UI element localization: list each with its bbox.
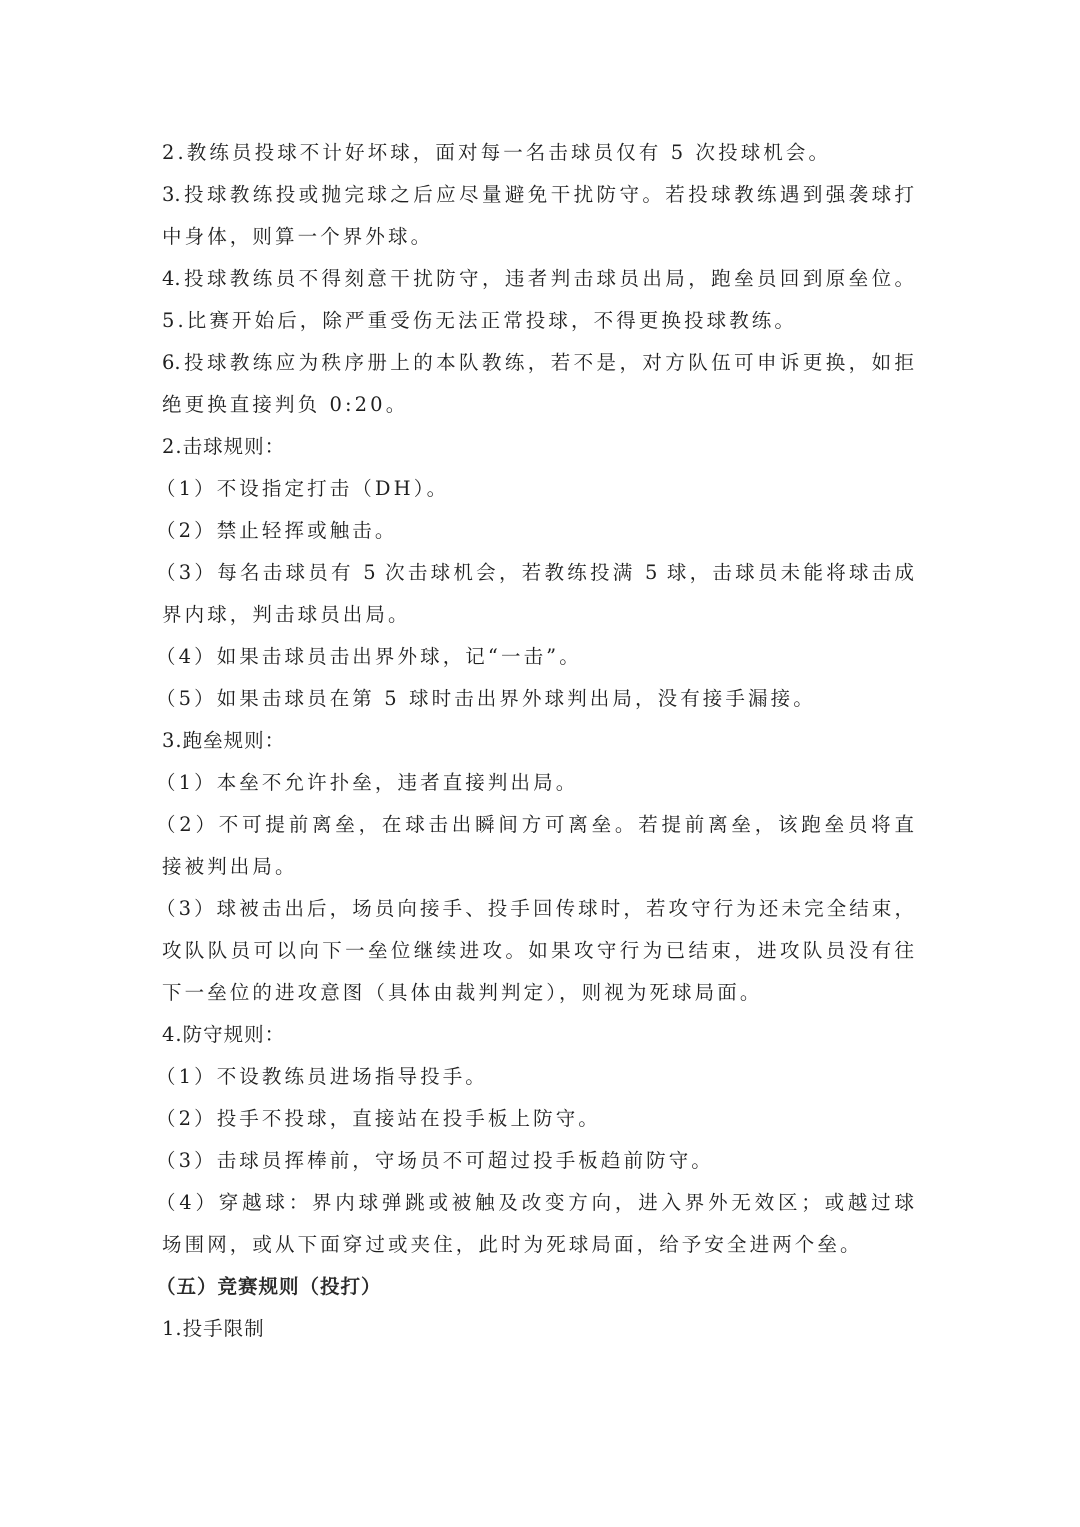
section-heading-competition-rules: （五）竞赛规则（投打） xyxy=(156,1266,914,1308)
rule-pitch-no-balls: 2.教练员投球不计好坏球，面对每一名击球员仅有 5 次投球机会。 xyxy=(162,132,914,174)
baserunning-rule-3-line2: 攻队队员可以向下一垒位继续进攻。如果攻守行为已结束，进攻队员没有往 xyxy=(162,930,914,972)
rule-pitch-coach-roster-line1: 6.投球教练应为秩序册上的本队教练，若不是，对方队伍可申诉更换，如拒 xyxy=(162,342,914,384)
baserunning-rule-3-line3: 下一垒位的进攻意图（具体由裁判判定），则视为死球局面。 xyxy=(162,972,914,1014)
rule-pitch-no-replacement: 5.比赛开始后，除严重受伤无法正常投球，不得更换投球教练。 xyxy=(162,300,914,342)
batting-rule-3-line1: （3）每名击球员有 5 次击球机会，若教练投满 5 球，击球员未能将球击成 xyxy=(156,552,914,594)
defense-rule-1: （1）不设教练员进场指导投手。 xyxy=(156,1056,914,1098)
baserunning-rule-2-line1: （2）不可提前离垒，在球击出瞬间方可离垒。若提前离垒，该跑垒员将直 xyxy=(156,804,914,846)
rule-pitch-coach-roster-line2: 绝更换直接判负 0:20。 xyxy=(162,384,914,426)
rule-pitch-no-interference: 4.投球教练员不得刻意干扰防守，违者判击球员出局，跑垒员回到原垒位。 xyxy=(162,258,914,300)
baserunning-rule-3-line1: （3）球被击出后，场员向接手、投手回传球时，若攻守行为还未完全结束， xyxy=(156,888,914,930)
section-defense-rules: 4.防守规则： xyxy=(162,1014,914,1056)
subsection-pitcher-limits: 1.投手限制 xyxy=(162,1308,914,1350)
batting-rule-2: （2）禁止轻挥或触击。 xyxy=(156,510,914,552)
baserunning-rule-1: （1）本垒不允许扑垒，违者直接判出局。 xyxy=(156,762,914,804)
rule-pitch-interference-line1: 3.投球教练投或抛完球之后应尽量避免干扰防守。若投球教练遇到强袭球打 xyxy=(162,174,914,216)
batting-rule-5: （5）如果击球员在第 5 球时击出界外球判出局，没有接手漏接。 xyxy=(156,678,914,720)
rule-pitch-interference-line2: 中身体，则算一个界外球。 xyxy=(162,216,914,258)
section-baserunning-rules: 3.跑垒规则： xyxy=(162,720,914,762)
defense-rule-4-line1: （4）穿越球：界内球弹跳或被触及改变方向，进入界外无效区；或越过球 xyxy=(156,1182,914,1224)
document-page: 2.教练员投球不计好坏球，面对每一名击球员仅有 5 次投球机会。 3.投球教练投… xyxy=(162,132,914,1350)
defense-rule-2: （2）投手不投球，直接站在投手板上防守。 xyxy=(156,1098,914,1140)
baserunning-rule-2-line2: 接被判出局。 xyxy=(162,846,914,888)
batting-rule-1: （1）不设指定打击（DH）。 xyxy=(156,468,914,510)
batting-rule-4: （4）如果击球员击出界外球，记“一击”。 xyxy=(156,636,914,678)
batting-rule-3-line2: 界内球，判击球员出局。 xyxy=(162,594,914,636)
defense-rule-3: （3）击球员挥棒前，守场员不可超过投手板趋前防守。 xyxy=(156,1140,914,1182)
defense-rule-4-line2: 场围网，或从下面穿过或夹住，此时为死球局面，给予安全进两个垒。 xyxy=(162,1224,914,1266)
section-batting-rules: 2.击球规则： xyxy=(162,426,914,468)
